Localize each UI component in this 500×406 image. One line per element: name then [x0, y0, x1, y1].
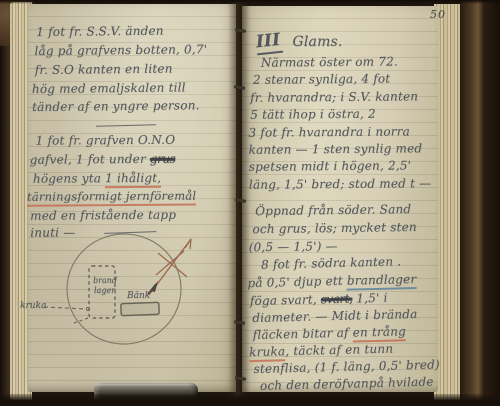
text-segment: , täckt af en tunn: [285, 342, 393, 359]
red-underlined-text: 1 ihåligt,: [105, 171, 161, 188]
diagram-label-inner-1: brand: [93, 276, 117, 285]
handwritten-line: föga svart, svart, 1,5' i: [250, 291, 388, 308]
struck-out-word: svart,: [321, 292, 353, 307]
diagram-label-kruka: kruka: [20, 301, 46, 311]
book-top-edge: [0, 0, 500, 4]
trailing-dash-stroke: [104, 231, 156, 234]
left-paragraph-2: 1 fot fr. grafven O.N.O gafvel, 1 fot un…: [27, 3, 238, 392]
notebook-photo: 1 fot fr. S.S.V. änden låg på grafvens b…: [0, 0, 500, 406]
left-page: 1 fot fr. S.S.V. änden låg på grafvens b…: [28, 4, 236, 392]
text-segment: högens yta: [33, 171, 105, 186]
handwritten-line: på 0,5' djup ett brandlager: [247, 272, 416, 290]
text-segment: gafvel, 1 fot under: [30, 152, 150, 167]
text-segment: på 0,5' djup ett: [247, 274, 347, 290]
right-page: 50 IIIGlams. Närmast öster om 72. 2 sten…: [242, 6, 438, 392]
red-underlined-text: tärningsformigt jernföremål: [27, 189, 196, 207]
book-bottom-edge: [0, 394, 500, 406]
handwritten-line: 1 fot fr. grafven O.N.O: [36, 133, 176, 148]
book-cover-right: [460, 0, 500, 406]
diagram-label-inner-2: lager: [94, 286, 115, 295]
text-segment: 1,5' i: [352, 291, 388, 306]
handwritten-line: gafvel, 1 fot under grus: [30, 152, 176, 167]
text-segment: fläcken bitar af: [253, 326, 353, 342]
handwritten-line: fläcken bitar af en trång: [253, 324, 407, 342]
red-underlined-text: kruka: [249, 344, 286, 362]
right-paragraph-3: 8 fot fr. södra kanten . på 0,5' djup et…: [235, 2, 440, 393]
blue-underlined-text: brandlager: [347, 272, 417, 291]
handwritten-line: diameter. — Midt i brända: [252, 307, 417, 325]
handwritten-line: med en fristående tapp: [30, 208, 176, 223]
handwritten-line: tärningsformigt jernföremål: [27, 189, 196, 204]
handwritten-line: kruka, täckt af en tunn: [249, 342, 393, 360]
struck-out-word: grus: [150, 152, 175, 166]
red-underlined-text: en trång: [352, 324, 406, 342]
diagram-label-bank: Bänk: [127, 291, 150, 301]
handwritten-line: högens yta 1 ihåligt,: [33, 171, 161, 186]
handwritten-line: 8 fot fr. södra kanten .: [261, 254, 402, 271]
handwritten-line: inuti —: [30, 225, 75, 239]
text-segment: föga svart,: [250, 292, 321, 308]
